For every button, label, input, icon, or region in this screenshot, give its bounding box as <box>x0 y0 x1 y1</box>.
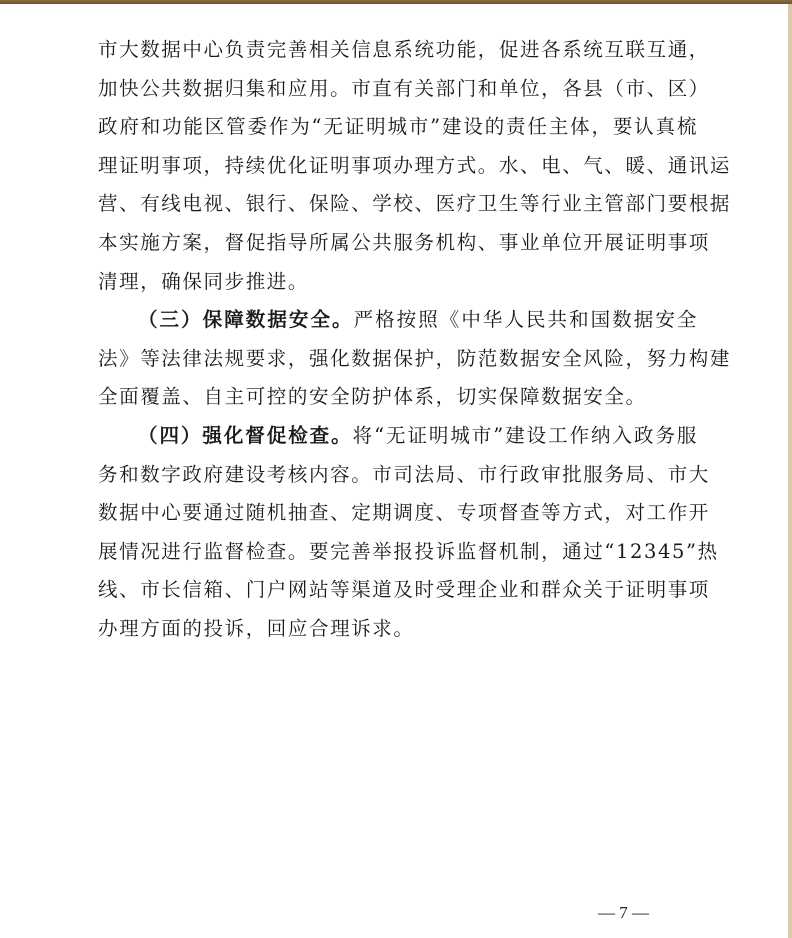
text-line: 展情况进行监督检查。要完善举报投诉监督机制，通过“12345”热 <box>98 533 698 572</box>
text-line: （四）强化督促检查。将“无证明城市”建设工作纳入政务服 <box>98 417 698 456</box>
text-line: 法》等法律法规要求，强化数据保护，防范数据安全风险，努力构建 <box>98 340 698 379</box>
section-text: 严格按照《中华人民共和国数据安全 <box>354 308 698 331</box>
text-line: 数据中心要通过随机抽查、定期调度、专项督查等方式，对工作开 <box>98 494 698 533</box>
text-line: 全面覆盖、自主可控的安全防护体系，切实保障数据安全。 <box>98 378 698 417</box>
paragraph-data-center: 市大数据中心负责完善相关信息系统功能，促进各系统互联互通， 加快公共数据归集和应… <box>98 31 698 301</box>
text-line: 政府和功能区管委作为“无证明城市”建设的责任主体，要认真梳 <box>98 108 698 147</box>
paragraph-supervision: （四）强化督促检查。将“无证明城市”建设工作纳入政务服 务和数字政府建设考核内容… <box>98 417 698 649</box>
text-line: 办理方面的投诉，回应合理诉求。 <box>98 610 698 649</box>
section-heading-supervision: （四）强化督促检查。 <box>138 424 353 447</box>
text-line: 清理，确保同步推进。 <box>98 263 698 302</box>
paragraph-data-security: （三）保障数据安全。严格按照《中华人民共和国数据安全 法》等法律法规要求，强化数… <box>98 301 698 417</box>
text-line: 务和数字政府建设考核内容。市司法局、市行政审批服务局、市大 <box>98 456 698 495</box>
page-number: — 7 — <box>598 903 649 923</box>
page-right-edge <box>788 4 792 938</box>
text-line: 加快公共数据归集和应用。市直有关部门和单位，各县（市、区） <box>98 70 698 109</box>
text-line: 营、有线电视、银行、保险、学校、医疗卫生等行业主管部门要根据 <box>98 185 698 224</box>
document-page: 市大数据中心负责完善相关信息系统功能，促进各系统互联互通， 加快公共数据归集和应… <box>0 4 788 938</box>
text-line: 理证明事项，持续优化证明事项办理方式。水、电、气、暖、通讯运 <box>98 147 698 186</box>
text-line: 本实施方案，督促指导所属公共服务机构、事业单位开展证明事项 <box>98 224 698 263</box>
section-text: 将“无证明城市”建设工作纳入政务服 <box>353 424 698 447</box>
text-line: 线、市长信箱、门户网站等渠道及时受理企业和群众关于证明事项 <box>98 571 698 610</box>
section-heading-data-security: （三）保障数据安全。 <box>138 308 354 331</box>
text-line: （三）保障数据安全。严格按照《中华人民共和国数据安全 <box>98 301 698 340</box>
text-line: 市大数据中心负责完善相关信息系统功能，促进各系统互联互通， <box>98 31 698 70</box>
document-body: 市大数据中心负责完善相关信息系统功能，促进各系统互联互通， 加快公共数据归集和应… <box>98 31 698 649</box>
